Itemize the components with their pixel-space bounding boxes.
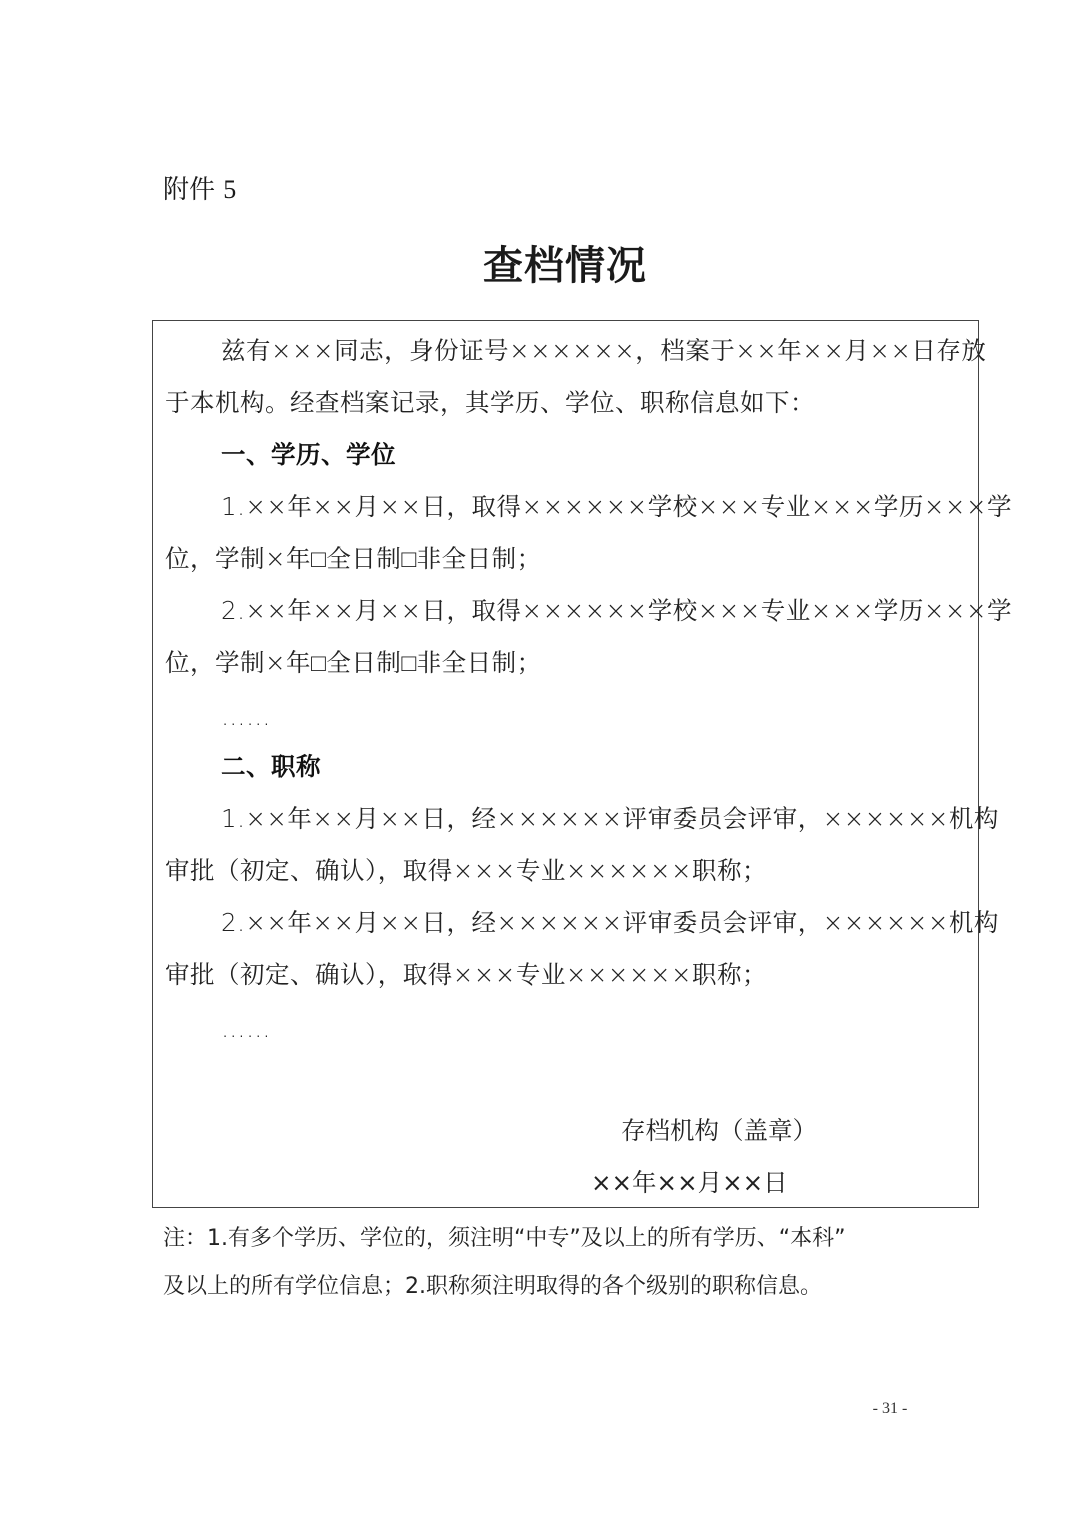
page-title: 查档情况 (0, 238, 1074, 294)
education-item-1-line-2: 位，学制×年□全日制□非全日制； (165, 541, 970, 577)
note-line-2: 及以上的所有学位信息；2.职称须注明取得的各个级别的职称信息。 (163, 1270, 822, 1304)
section-heading-title: 二、职称 (165, 749, 970, 785)
education-item-1-line-1: 1.××年××月××日，取得××××××学校×××专业×××学历×××学 (165, 489, 970, 525)
attachment-number: 5 (223, 175, 236, 204)
note-line-1: 注：1.有多个学历、学位的，须注明“中专”及以上的所有学历、“本科” (163, 1222, 846, 1256)
title-item-1-line-1: 1.××年××月××日，经××××××评审委员会评审，××××××机构 (165, 801, 970, 837)
education-item-2-line-2: 位，学制×年□全日制□非全日制； (165, 645, 970, 681)
education-ellipsis: …… (165, 699, 970, 735)
archive-check-box: 兹有×××同志，身份证号××××××，档案于××年××月××日存放 于本机构。经… (152, 320, 979, 1208)
intro-line-2: 于本机构。经查档案记录，其学历、学位、职称信息如下： (165, 385, 970, 421)
title-item-2-line-1: 2.××年××月××日，经××××××评审委员会评审，××××××机构 (165, 905, 970, 941)
title-ellipsis: …… (165, 1011, 970, 1047)
attachment-text: 附件 (163, 175, 215, 205)
page-number: - 31 - (860, 1400, 920, 1418)
signature-org: 存档机构（盖章） (621, 1113, 817, 1149)
section-heading-education: 一、学历、学位 (165, 437, 970, 473)
attachment-label: 附件 5 (163, 170, 236, 210)
title-item-2-line-2: 审批（初定、确认），取得×××专业××××××职称； (165, 957, 970, 993)
education-item-2-line-1: 2.××年××月××日，取得××××××学校×××专业×××学历×××学 (165, 593, 970, 629)
title-item-1-line-2: 审批（初定、确认），取得×××专业××××××职称； (165, 853, 970, 889)
signature-date: ××年××月××日 (591, 1165, 788, 1201)
intro-line-1: 兹有×××同志，身份证号××××××，档案于××年××月××日存放 (165, 333, 970, 369)
